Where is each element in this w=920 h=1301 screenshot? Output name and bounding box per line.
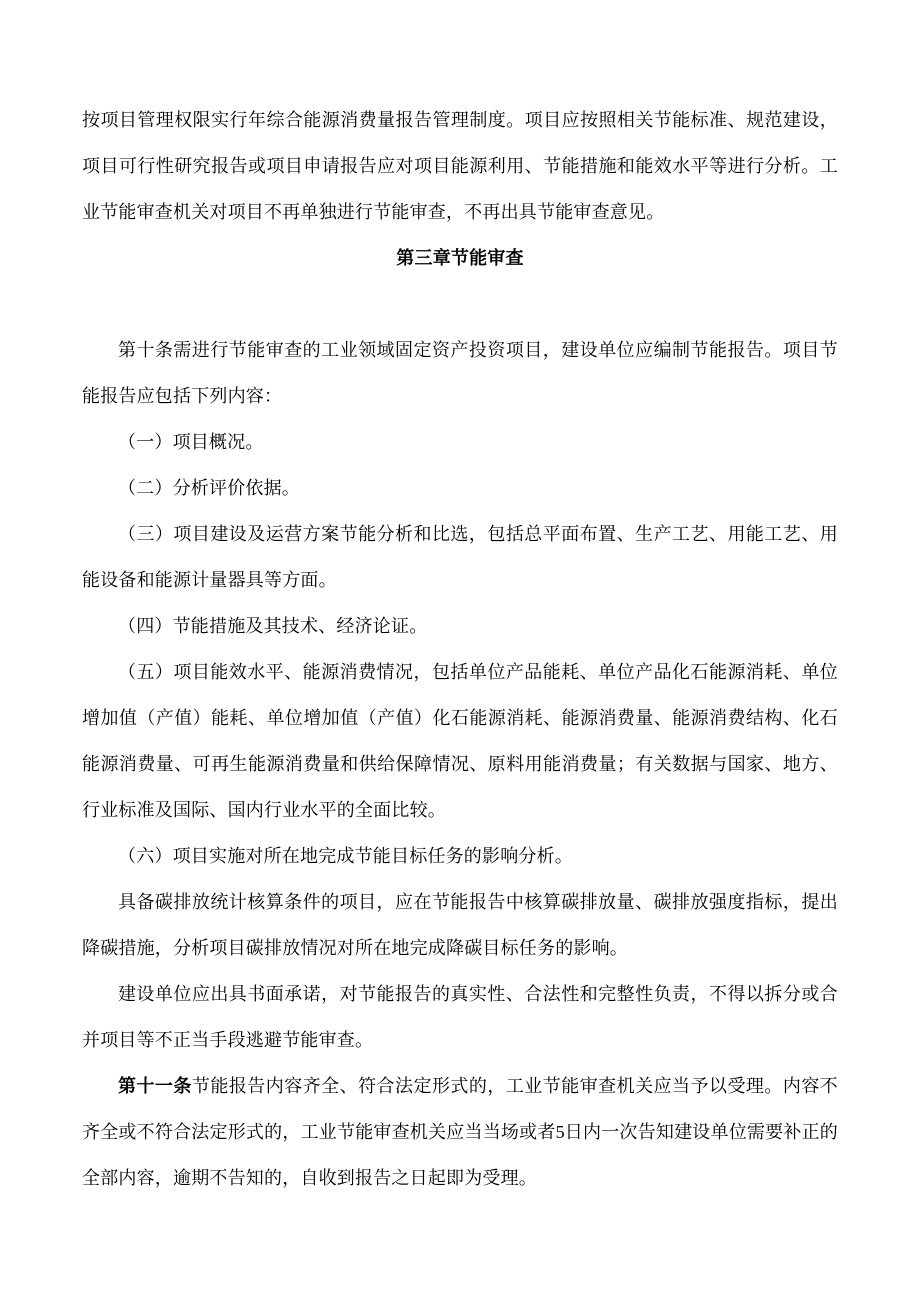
paragraph-carbon: 具备碳排放统计核算条件的项目，应在节能报告中核算碳排放量、碳排放强度指标，提出降…	[82, 879, 838, 971]
list-item-5: （五）项目能效水平、能源消费情况，包括单位产品能耗、单位产品化石能源消耗、单位增…	[82, 649, 838, 833]
list-item-6: （六）项目实施对所在地完成节能目标任务的影响分析。	[82, 833, 838, 879]
list-item-3: （三）项目建设及运营方案节能分析和比选，包括总平面布置、生产工艺、用能工艺、用能…	[82, 511, 838, 603]
blank-line	[82, 281, 838, 327]
paragraph-commitment: 建设单位应出具书面承诺，对节能报告的真实性、合法性和完整性负责，不得以拆分或合并…	[82, 971, 838, 1063]
paragraph-article-11: 第十一条节能报告内容齐全、符合法定形式的，工业节能审查机关应当予以受理。内容不齐…	[82, 1063, 838, 1201]
document-page: 按项目管理权限实行年综合能源消费量报告管理制度。项目应按照相关节能标准、规范建设…	[0, 0, 920, 1301]
list-item-2: （二）分析评价依据。	[82, 465, 838, 511]
chapter-heading: 第三章节能审查	[82, 235, 838, 281]
paragraph-article-10: 第十条需进行节能审查的工业领域固定资产投资项目，建设单位应编制节能报告。项目节能…	[82, 327, 838, 419]
paragraph-continuation: 按项目管理权限实行年综合能源消费量报告管理制度。项目应按照相关节能标准、规范建设…	[82, 97, 838, 235]
list-item-1: （一）项目概况。	[82, 419, 838, 465]
list-item-4: （四）节能措施及其技术、经济论证。	[82, 603, 838, 649]
article-11-number: 第十一条	[118, 1076, 192, 1096]
article-11-text: 节能报告内容齐全、符合法定形式的，工业节能审查机关应当予以受理。内容不齐全或不符…	[82, 1076, 838, 1188]
